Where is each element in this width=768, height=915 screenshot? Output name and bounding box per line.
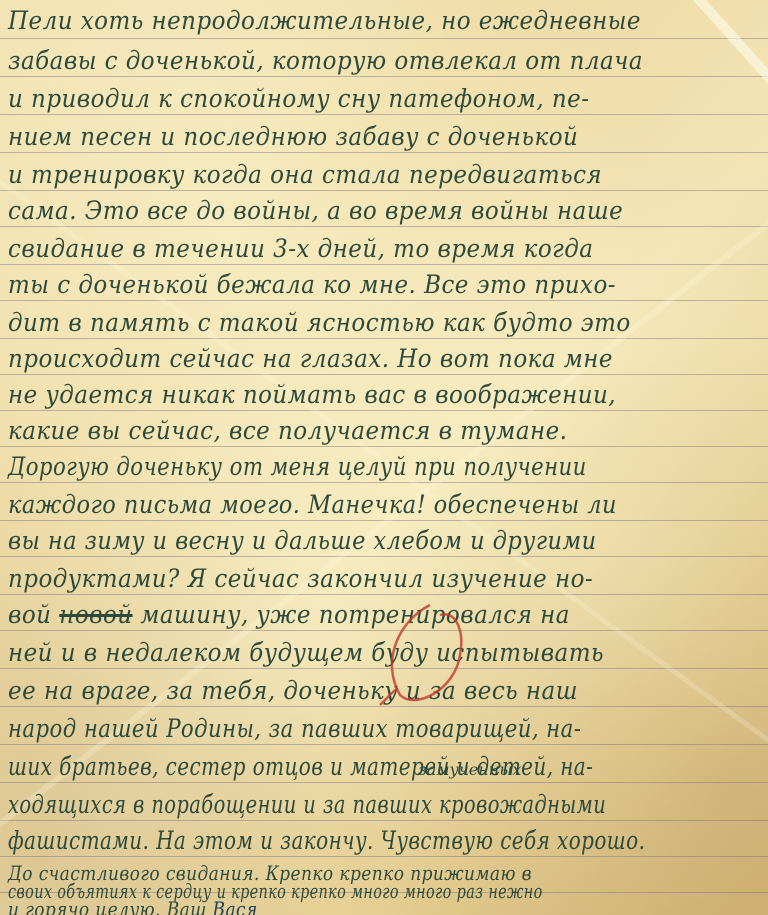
letter-line: и приводил к спокойному сну патефоном, п…: [8, 84, 703, 114]
letter-line: и горячо целую. Ваш Вася: [8, 898, 650, 915]
ruled-line: [0, 410, 768, 411]
letter-line: и тренировку когда она стала передвигать…: [8, 160, 703, 190]
letter-line: Дорогую доченьку от меня целуй при получ…: [8, 452, 650, 482]
ruled-line: [0, 374, 768, 375]
letter-line: забавы с доченькой, которую отвлекал от …: [8, 46, 703, 76]
struck-word: новой: [59, 600, 132, 629]
letter-word: машину, уже потренировался на: [133, 600, 570, 629]
letter-line: какие вы сейчас, все получается в тумане…: [8, 416, 703, 446]
ruled-line: [0, 226, 768, 227]
letter-word: вой: [8, 600, 59, 629]
ruled-line: [0, 820, 768, 821]
letter-line: сама. Это все до войны, а во время войны…: [8, 196, 703, 226]
letter-line: Пели хоть непродолжительные, но ежедневн…: [8, 6, 703, 36]
letter-line: вы на зиму и весну и дальше хлебом и дру…: [8, 526, 688, 556]
letter-line: дит в память с такой ясностью как будто …: [8, 308, 703, 338]
red-pencil-mark: [360, 600, 500, 710]
ruled-line: [0, 556, 768, 557]
ruled-line: [0, 446, 768, 447]
ruled-line: [0, 190, 768, 191]
ruled-line: [0, 856, 768, 857]
ruled-line: [0, 338, 768, 339]
ruled-line: [0, 482, 768, 483]
ruled-line: [0, 300, 768, 301]
ruled-line: [0, 594, 768, 595]
letter-page: Пели хоть непродолжительные, но ежедневн…: [0, 0, 768, 915]
letter-line: не удается никак поймать вас в воображен…: [8, 380, 703, 410]
letter-line: фашистами. На этом и закончу. Чувствую с…: [8, 826, 612, 856]
ruled-line: [0, 782, 768, 783]
ruled-line: [0, 76, 768, 77]
letter-line: свидание в течении 3-х дней, то время ко…: [8, 234, 703, 264]
letter-line: происходит сейчас на глазах. Но вот пока…: [8, 344, 703, 374]
signature: Вася: [213, 897, 258, 915]
letter-line: народ нашей Родины, за павших товарищей,…: [8, 714, 650, 744]
letter-line: каждого письма моего. Манечка! обеспечен…: [8, 490, 688, 520]
ruled-line: [0, 152, 768, 153]
letter-line: продуктами? Я сейчас закончил изучение н…: [8, 564, 703, 594]
letter-line: вой новой машину, уже потренировался на: [8, 600, 703, 630]
closing-text: и горячо целую. Ваш: [8, 897, 213, 915]
letter-line: ней и в недалеком будущем буду испытыват…: [8, 638, 703, 668]
letter-line: ходящихся в порабощении и за павших кров…: [8, 790, 597, 820]
ruled-line: [0, 38, 768, 39]
ruled-line: [0, 744, 768, 745]
letter-line: ее на враге, за тебя, доченьку и за весь…: [8, 676, 703, 706]
letter-line: ты с доченькой бежала ко мне. Все это пр…: [8, 270, 703, 300]
inserted-word: замученных: [418, 760, 521, 779]
letter-line: ших братьев, сестер отцов и матерей и де…: [8, 752, 612, 782]
ruled-line: [0, 114, 768, 115]
letter-line: нием песен и последнюю забаву с доченько…: [8, 122, 703, 152]
